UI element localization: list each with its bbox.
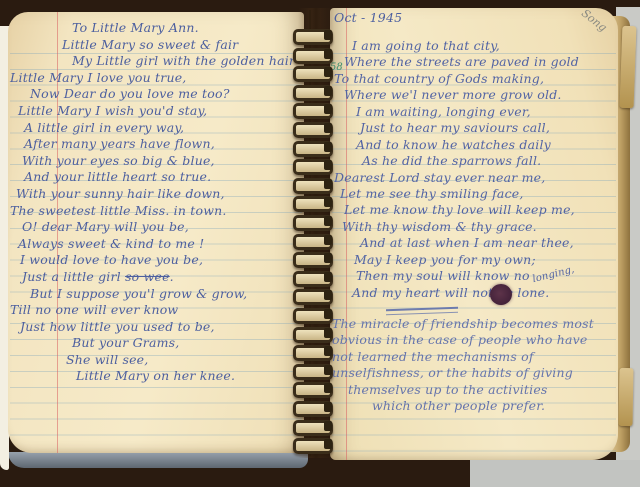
- binding-ring: [293, 48, 333, 64]
- handwritten-line: Little Mary so sweet & fair: [10, 37, 304, 54]
- page-tab: [618, 368, 633, 426]
- background-surface-bottom: [470, 460, 640, 487]
- right-page-poem: I am going to that city,Where the street…: [334, 38, 618, 301]
- handwritten-line: unselfishness, or the habits of giving: [332, 365, 618, 381]
- date-heading: Oct - 1945: [334, 10, 402, 25]
- handwritten-line: which other people prefer.: [332, 398, 618, 414]
- handwritten-line: I am waiting, longing ever,: [334, 104, 618, 120]
- handwritten-line: O! dear Mary will you be,: [10, 219, 304, 236]
- handwritten-line: And my heart will not be lone.: [334, 285, 618, 301]
- handwritten-line: Where we'l never more grow old.: [334, 87, 618, 103]
- ink-blot: [490, 284, 512, 305]
- binding-ring: [293, 141, 333, 157]
- handwritten-line: Let me know thy love will keep me,: [334, 202, 618, 218]
- binding-ring: [293, 215, 333, 231]
- handwritten-line: And your little heart so true.: [10, 169, 304, 186]
- notebook-photo: To Little Mary Ann.Little Mary so sweet …: [0, 0, 640, 487]
- binding-ring: [293, 438, 333, 454]
- handwritten-line: Where the streets are paved in gold: [334, 54, 618, 70]
- binding-ring: [293, 66, 333, 82]
- handwritten-line: With your eyes so big & blue,: [10, 153, 304, 170]
- binding-ring: [293, 29, 333, 45]
- handwritten-line: A little girl in every way,: [10, 120, 304, 137]
- handwritten-line: Little Mary I love you true,: [10, 70, 304, 87]
- handwritten-line: Just to hear my saviours call,: [334, 120, 618, 136]
- handwritten-line: I am going to that city,: [334, 38, 618, 54]
- binding-ring: [293, 122, 333, 138]
- left-page: To Little Mary Ann.Little Mary so sweet …: [8, 12, 304, 453]
- handwritten-line: She will see,: [10, 352, 304, 369]
- handwritten-line: Till no one will ever know: [10, 302, 304, 319]
- handwritten-line: I would love to have you be,: [10, 252, 304, 269]
- handwritten-line: Now Dear do you love me too?: [10, 86, 304, 103]
- right-page: Oct - 1945 Song 58 I am going to that ci…: [330, 8, 618, 460]
- handwritten-line: With your sunny hair like down,: [10, 186, 304, 203]
- corner-note: Song: [579, 7, 609, 35]
- binding-ring: [293, 289, 333, 305]
- left-page-poem: To Little Mary Ann.Little Mary so sweet …: [10, 20, 304, 385]
- handwritten-line: Just how little you used to be,: [10, 319, 304, 336]
- binding-ring: [293, 382, 333, 398]
- handwritten-line: And at last when I am near thee,: [334, 235, 618, 251]
- binding-ring: [293, 364, 333, 380]
- handwritten-line: May I keep you for my own;: [334, 252, 618, 268]
- handwritten-line: Little Mary I wish you'd stay,: [10, 103, 304, 120]
- binding-ring: [293, 401, 333, 417]
- handwritten-line: Dearest Lord stay ever near me,: [334, 170, 618, 186]
- binding-ring: [293, 420, 333, 436]
- binding-ring: [293, 252, 333, 268]
- binding-ring: [293, 271, 333, 287]
- handwritten-line: And to know he watches daily: [334, 137, 618, 153]
- handwritten-line: obvious in the case of people who have: [332, 332, 618, 348]
- page-shadow: [8, 452, 308, 468]
- binding-ring: [293, 196, 333, 212]
- handwritten-line: The miracle of friendship becomes most: [332, 316, 618, 332]
- binding-ring: [293, 178, 333, 194]
- handwritten-line: Then my soul will know nolonging,: [334, 268, 618, 284]
- handwritten-line: My Little girl with the golden hair: [10, 53, 304, 70]
- handwritten-line: To that country of Gods making,: [334, 71, 618, 87]
- binding-ring: [293, 103, 333, 119]
- right-page-note: The miracle of friendship becomes mostob…: [332, 316, 618, 414]
- handwritten-line: But I suppose you'l grow & grow,: [10, 286, 304, 303]
- handwritten-line: themselves up to the activities: [332, 382, 618, 398]
- handwritten-line: Just a little girl so wee.: [10, 269, 304, 286]
- handwritten-line: But your Grams,: [10, 335, 304, 352]
- handwritten-line: To Little Mary Ann.: [10, 20, 304, 37]
- handwritten-line: Let me see thy smiling face,: [334, 186, 618, 202]
- binding-ring: [293, 85, 333, 101]
- handwritten-line: After many years have flown,: [10, 136, 304, 153]
- handwritten-line: With thy wisdom & thy grace.: [334, 219, 618, 235]
- binding-ring: [293, 327, 333, 343]
- binding-ring: [293, 159, 333, 175]
- binding-ring: [293, 234, 333, 250]
- handwritten-line: As he did the sparrows fall.: [334, 153, 618, 169]
- struck-text: so wee: [125, 269, 170, 284]
- handwritten-line: Always sweet & kind to me !: [10, 236, 304, 253]
- handwritten-line: not learned the mechanisms of: [332, 349, 618, 365]
- handwritten-line: The sweetest little Miss. in town.: [10, 203, 304, 220]
- binding-ring: [293, 345, 333, 361]
- page-tab: [620, 26, 637, 108]
- binding-ring: [293, 308, 333, 324]
- handwritten-line: Little Mary on her knee.: [10, 368, 304, 385]
